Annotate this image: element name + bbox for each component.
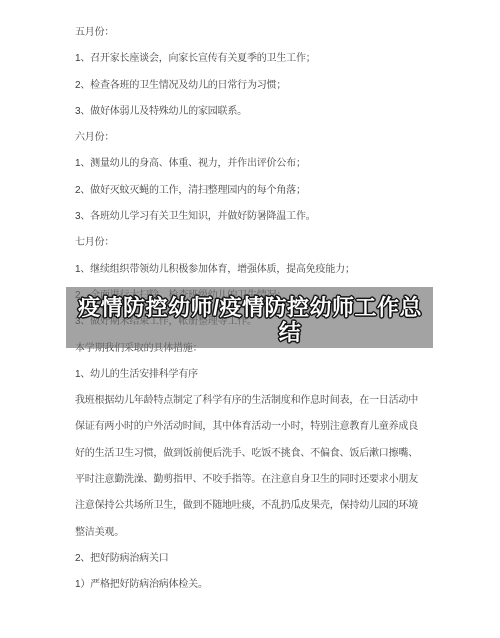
doc-line: 我班根据幼儿年龄特点制定了科学有序的生活制度和作息时间表，在一日活动中	[75, 388, 435, 414]
doc-line: 平时注意勤洗澡、勤剪指甲、不咬手指等。在注意自身卫生的同时还要求小朋友	[75, 467, 435, 493]
doc-line: 注意保持公共场所卫生，做到不随地吐痰，不乱扔瓜皮果壳，保持幼儿园的环境	[75, 493, 435, 519]
doc-line-month-may: 五月份：	[75, 20, 435, 46]
doc-line: 1）严格把好防病治病体检关。	[75, 572, 435, 598]
watermark-title-line2: 结	[40, 320, 500, 345]
doc-line: 1、测量幼儿的身高、体重、视力，并作出评价公布；	[75, 151, 435, 177]
doc-line: 2、检查各班的卫生情况及幼儿的日常行为习惯；	[75, 73, 435, 99]
doc-line: 3、各班幼儿学习有关卫生知识，并做好防暑降温工作。	[75, 204, 435, 230]
doc-line: 保证有两小时的户外活动时间，其中体育活动一小时，特别注意教育儿童养成良	[75, 414, 435, 440]
doc-line: 3、做好体弱儿及特殊幼儿的家园联系。	[75, 99, 435, 125]
doc-line: 整洁美观。	[75, 520, 435, 546]
doc-line: 1、召开家长座谈会，向家长宣传有关夏季的卫生工作；	[75, 46, 435, 72]
doc-line: 1、继续组织带领幼儿积极参加体育，增强体质，提高免疫能力；	[75, 257, 435, 283]
doc-line: 好的生活卫生习惯，做到饭前便后洗手、吃饭不挑食、不偏食、饭后漱口擦嘴、	[75, 441, 435, 467]
doc-line-month-july: 七月份：	[75, 230, 435, 256]
doc-line-month-june: 六月份：	[75, 125, 435, 151]
doc-line: 2、把好防病治病关口	[75, 546, 435, 572]
watermark-title: 疫情防控幼师/疫情防控幼师工作总 结	[0, 295, 500, 345]
doc-line: 2、做好灭蚊灭蝇的工作，清扫整理园内的每个角落；	[75, 178, 435, 204]
watermark-title-line1: 疫情防控幼师/疫情防控幼师工作总	[0, 295, 500, 320]
doc-line: 1、幼儿的生活安排科学有序	[75, 362, 435, 388]
document-page: 五月份： 1、召开家长座谈会，向家长宣传有关夏季的卫生工作； 2、检查各班的卫生…	[0, 0, 500, 638]
